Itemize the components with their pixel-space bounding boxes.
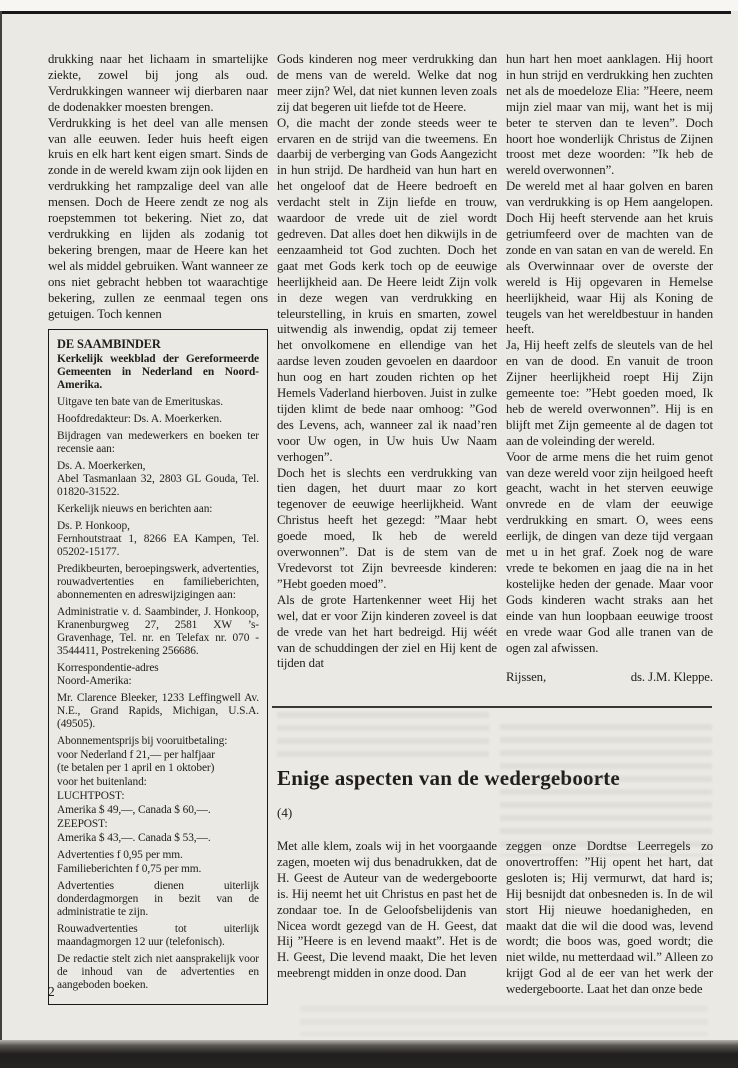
colophon-item: LUCHTPOST:: [57, 790, 259, 803]
colophon-item: Hoofdredakteur: Ds. A. Moerkerken.: [57, 413, 259, 426]
colophon-item: ZEEPOST:: [57, 818, 259, 831]
paragraph: hun hart hen moet aanklagen. Hij hoort i…: [506, 52, 713, 179]
paragraph: Gods kinderen nog meer verdrukking dan d…: [277, 52, 497, 116]
scan-edge-top: [0, 11, 731, 14]
paragraph: De wereld met al haar golven en baren va…: [506, 179, 713, 338]
paragraph: Doch het is slechts een verdrukking van …: [277, 466, 497, 593]
colophon-item: Rouwadvertenties tot uiterlijk maandagmo…: [57, 923, 259, 949]
article-signature: Rijssen, ds. J.M. Kleppe.: [506, 670, 713, 686]
colophon-item: Abonnementsprijs bij vooruitbetaling:: [57, 735, 259, 748]
paragraph: Verdrukking is het deel van alle mensen …: [48, 116, 268, 323]
colophon-item: Korrespondentie-adres Noord-Amerika:: [57, 662, 259, 688]
colophon-item: voor Nederland f 21,— per halfjaar (te b…: [57, 749, 259, 775]
paragraph: Met alle klem, zoals wij in het voorgaan…: [277, 839, 497, 998]
scan-edge-left: [0, 11, 2, 1040]
colophon-box: DE SAAMBINDER Kerkelijk weekblad der Ger…: [48, 329, 268, 1004]
colophon-item: Mr. Clarence Bleeker, 1233 Leffingwell A…: [57, 692, 259, 731]
article-2-part-number: (4): [277, 805, 713, 821]
colophon-item: Bijdragen van medewerkers en boeken ter …: [57, 430, 259, 456]
colophon-item: Amerika $ 49,—, Canada $ 60,—.: [57, 804, 259, 817]
article-column-1: drukking naar het lichaam in smartelijke…: [48, 52, 268, 1005]
colophon-item: De redactie stelt zich niet aansprakelij…: [57, 953, 259, 992]
colophon-item: Familieberichten f 0,75 per mm.: [57, 863, 259, 876]
page-number: 2: [48, 984, 55, 1000]
colophon-subtitle: Kerkelijk weekblad der Gereformeerde Gem…: [57, 353, 259, 392]
colophon-item: Ds. A. Moerkerken, Abel Tasmanlaan 32, 2…: [57, 460, 259, 499]
paragraph: zeggen onze Dordtse Leerregels zo onover…: [506, 839, 713, 998]
colophon-item: Advertenties dienen uiterlijk donderdagm…: [57, 880, 259, 919]
colophon-title: DE SAAMBINDER: [57, 337, 259, 351]
paragraph: Voor de arme mens die het ruim genot van…: [506, 450, 713, 657]
paragraph: Ja, Hij heeft zelfs de sleutels van de h…: [506, 338, 713, 449]
bleedthrough-ghost-text: [300, 1006, 708, 1036]
paragraph: drukking naar het lichaam in smartelijke…: [48, 52, 268, 116]
colophon-item: voor het buitenland:: [57, 776, 259, 789]
colophon-item: Amerika $ 43,—. Canada $ 53,—.: [57, 832, 259, 845]
signature-author: ds. J.M. Kleppe.: [631, 670, 713, 686]
scan-edge-bottom: [0, 1040, 738, 1068]
article-2-title: Enige aspecten van de wedergeboorte: [277, 766, 713, 791]
section-divider: [272, 706, 712, 708]
paragraph: O, die macht der zonde steeds weer te er…: [277, 116, 497, 466]
article-column-2: Gods kinderen nog meer verdrukking dan d…: [277, 52, 497, 672]
article-2-columns: Met alle klem, zoals wij in het voorgaan…: [277, 839, 713, 998]
scanned-page: drukking naar het lichaam in smartelijke…: [0, 0, 738, 1068]
paragraph: Als de grote Hartenkenner weet Hij het w…: [277, 593, 497, 673]
colophon-item: Kerkelijk nieuws en berichten aan:: [57, 503, 259, 516]
article-2: Enige aspecten van de wedergeboorte (4) …: [277, 766, 713, 998]
colophon-item: Administratie v. d. Saambinder, J. Honko…: [57, 606, 259, 658]
colophon-item: Uitgave ten bate van de Emerituskas.: [57, 396, 259, 409]
colophon-item: Advertenties f 0,95 per mm.: [57, 849, 259, 862]
colophon-item: Ds. P. Honkoop, Fernhoutstraat 1, 8266 E…: [57, 520, 259, 559]
bleedthrough-ghost-text: [277, 712, 489, 760]
signature-place: Rijssen,: [506, 670, 546, 686]
colophon-item: Predikbeurten, beroepingswerk, advertent…: [57, 563, 259, 602]
scan-margin-top: [0, 0, 738, 11]
article-column-3: hun hart hen moet aanklagen. Hij hoort i…: [506, 52, 713, 686]
